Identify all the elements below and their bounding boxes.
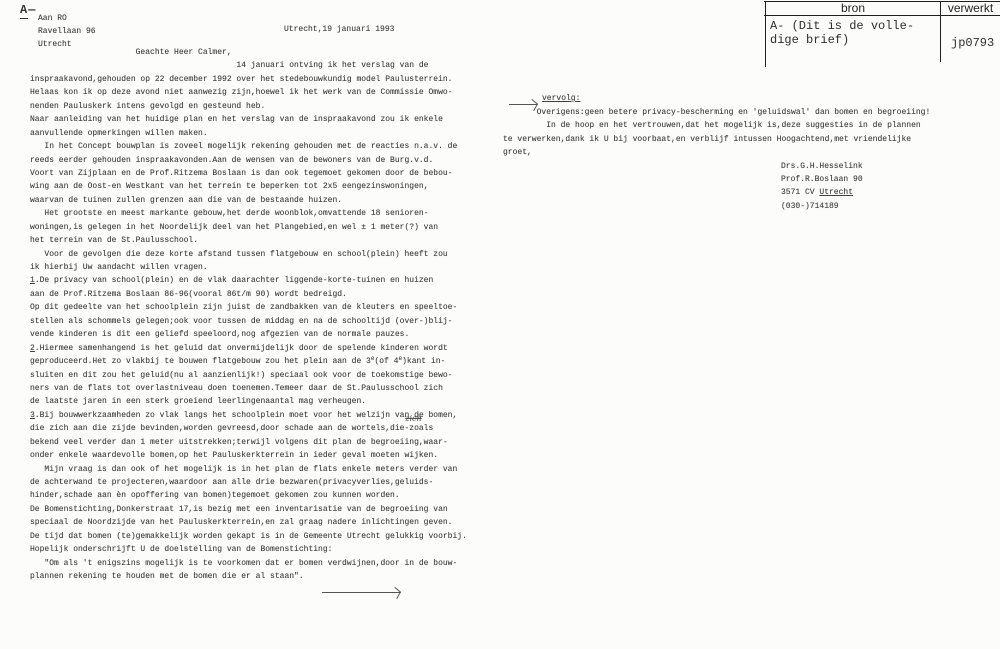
text-line: aanvullende opmerkingen willen maken. xyxy=(30,127,510,140)
text-line: inspraakavond,gehouden op 22 december 19… xyxy=(30,73,510,86)
text-line: nenden Pauluskerk intens gevolgd en gest… xyxy=(30,100,510,113)
text-line: sluiten en dit zou het geluid(nu al aanz… xyxy=(30,369,510,382)
text-line: ners van de flats tot overlastniveau doe… xyxy=(30,382,510,395)
text-line: Geachte Heer Calmer, xyxy=(30,46,510,59)
text-line: woningen,is gelegen in het Noordelijk de… xyxy=(30,221,510,234)
signature-block: Drs.G.H.HesselinkProf.R.Boslaan 903571 C… xyxy=(781,160,863,213)
text-line: reeds eerder gehouden inspraakavonden.Aa… xyxy=(30,154,510,167)
text-line: Aan RO xyxy=(38,13,96,26)
text-line: waarvan de tuinen zullen grenzen aan die… xyxy=(30,194,510,207)
text-line: Hopelijk onderschrijft U de doelstelling… xyxy=(30,543,510,556)
text-line: de laatste jaren in een sterk groeiend l… xyxy=(30,395,510,408)
table-header-separator xyxy=(764,15,1000,16)
text-line: In het Concept bouwplan is zoveel mogeli… xyxy=(30,140,510,153)
text-line: Voor de gevolgen die deze korte afstand … xyxy=(30,248,510,261)
continuation-label: vervolg: xyxy=(542,94,580,103)
text-line: Naar aanleiding van het huidige plan en … xyxy=(30,113,510,126)
text-line: het terrein van de St.Paulusschool. xyxy=(30,234,510,247)
table-processed-cell: jp0793 xyxy=(951,36,994,50)
text-line: ik hierbij Uw aandacht willen vragen. xyxy=(30,261,510,274)
text-line: 2.Hiermee samenhangend is het geluid dat… xyxy=(30,342,510,355)
text-line: Overigens:geen betere privacy-beschermin… xyxy=(503,106,983,119)
text-line: Mijn vraag is dan ook of het mogelijk is… xyxy=(30,463,510,476)
text-line: 3571 CV Utrecht xyxy=(781,186,863,199)
text-line: de achterwand te projecteren,waardoor aa… xyxy=(30,476,510,489)
text-line: onder enkele waardevolle bomen,op het Pa… xyxy=(30,449,510,462)
table-source-cell: A- (Dit is de volle-dige brief) xyxy=(770,20,914,47)
text-line: Prof.R.Boslaan 90 xyxy=(781,173,863,186)
source-note-line1: A- (Dit is de volle- xyxy=(770,19,914,33)
corner-label: A— xyxy=(20,3,36,17)
text-line: Op dit gedeelte van het schoolplein zijn… xyxy=(30,301,510,314)
text-line: 3.Bij bouwwerkzaamheden zo vlak langs he… xyxy=(30,409,510,422)
text-line: De tijd dat bomen (te)gemakkelijk worden… xyxy=(30,530,510,543)
table-header-source: bron xyxy=(766,1,940,15)
text-line: hinder,schade aan èn opoffering van bome… xyxy=(30,489,510,502)
text-line: die zich aan die zijde bevinden,worden g… xyxy=(30,422,510,435)
text-line: "Om als 't enigszins mogelijk is te voor… xyxy=(30,557,510,570)
text-line: groet, xyxy=(503,146,983,159)
text-line: Het grootste en meest markante gebouw,he… xyxy=(30,207,510,220)
continuation-header: vervolg: xyxy=(509,94,580,106)
table-header-processed: verwerkt xyxy=(941,1,1000,15)
text-line: 14 januari ontving ik het verslag van de xyxy=(30,59,510,72)
scanned-letter-page: A— Aan RORavellaan 96Utrecht Utrecht,19 … xyxy=(0,0,1000,649)
dateline: Utrecht,19 januari 1993 xyxy=(284,25,394,34)
corner-dash: — xyxy=(28,3,36,17)
source-note-line2: dige brief) xyxy=(770,33,849,47)
long-arrow-icon xyxy=(322,592,400,593)
continuation-body: Overigens:geen betere privacy-beschermin… xyxy=(503,106,983,160)
text-line: 1.De privacy van school(plein) en de vla… xyxy=(30,274,510,287)
text-line: Helaas kon ik op deze avond niet aanwezi… xyxy=(30,86,510,99)
text-line: stellen als schommels gelegen;ook voor t… xyxy=(30,315,510,328)
text-line: Drs.G.H.Hesselink xyxy=(781,160,863,173)
text-line: geproduceerd.Het zo vlakbij te bouwen fl… xyxy=(30,355,510,368)
text-line: Voort van Zijplaan en de Prof.Ritzema Bo… xyxy=(30,167,510,180)
text-line: De Bomenstichting,Donkerstraat 17,is bez… xyxy=(30,503,510,516)
text-line: wing aan de Oost-en Westkant van het ter… xyxy=(30,180,510,193)
letter-body: Geachte Heer Calmer, 14 januari ontving … xyxy=(30,46,510,584)
handwritten-insertion: zich xyxy=(405,414,421,423)
text-line: plannen rekening te houden met de bomen … xyxy=(30,570,510,583)
text-line: bekend veel verder dan 1 meter uitstrekk… xyxy=(30,436,510,449)
text-line: speciaal de Noordzijde van het Paulusker… xyxy=(30,516,510,529)
corner-letter: A xyxy=(20,3,28,19)
text-line: te verwerken,dank ik U bij voorbaat,en v… xyxy=(503,133,983,146)
text-line: (030-)714189 xyxy=(781,200,863,213)
text-line: Ravellaan 96 xyxy=(38,26,96,39)
text-line: vende kinderen is dit een geliefd speelo… xyxy=(30,328,510,341)
text-line: In de hoop en het vertrouwen,dat het mog… xyxy=(503,119,983,132)
text-line: aan de Prof.Ritzema Boslaan 86-96(vooral… xyxy=(30,288,510,301)
